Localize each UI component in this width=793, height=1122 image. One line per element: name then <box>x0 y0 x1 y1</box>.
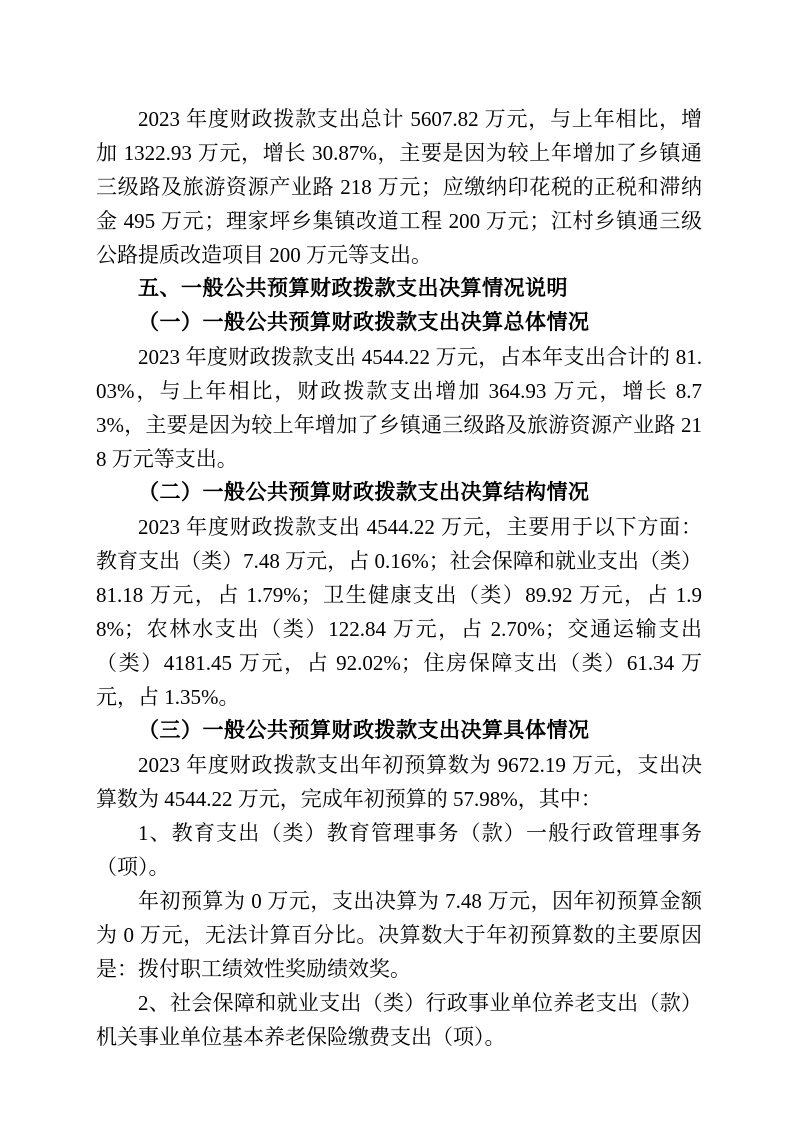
section-heading: （三）一般公共预算财政拨款支出决算具体情况 <box>96 714 702 748</box>
document-content: 2023 年度财政拨款支出总计 5607.82 万元，与上年相比，增加 1322… <box>96 102 702 1054</box>
document-page: 2023 年度财政拨款支出总计 5607.82 万元，与上年相比，增加 1322… <box>0 0 793 1122</box>
body-paragraph: 2、社会保障和就业支出（类）行政事业单位养老支出（款）机关事业单位基本养老保险缴… <box>96 986 702 1054</box>
section-heading: （一）一般公共预算财政拨款支出决算总体情况 <box>96 306 702 340</box>
body-paragraph: 2023 年度财政拨款支出 4544.22 万元，主要用于以下方面：教育支出（类… <box>96 510 702 714</box>
body-paragraph: 年初预算为 0 万元，支出决算为 7.48 万元，因年初预算金额为 0 万元，无… <box>96 884 702 986</box>
body-paragraph: 2023 年度财政拨款支出总计 5607.82 万元，与上年相比，增加 1322… <box>96 102 702 272</box>
section-heading: （二）一般公共预算财政拨款支出决算结构情况 <box>96 476 702 510</box>
body-paragraph: 2023 年度财政拨款支出 4544.22 万元，占本年支出合计的 81.03%… <box>96 340 702 476</box>
body-paragraph: 1、教育支出（类）教育管理事务（款）一般行政管理事务（项）。 <box>96 816 702 884</box>
body-paragraph: 2023 年度财政拨款支出年初预算数为 9672.19 万元，支出决算数为 45… <box>96 748 702 816</box>
section-heading: 五、一般公共预算财政拨款支出决算情况说明 <box>96 272 702 306</box>
